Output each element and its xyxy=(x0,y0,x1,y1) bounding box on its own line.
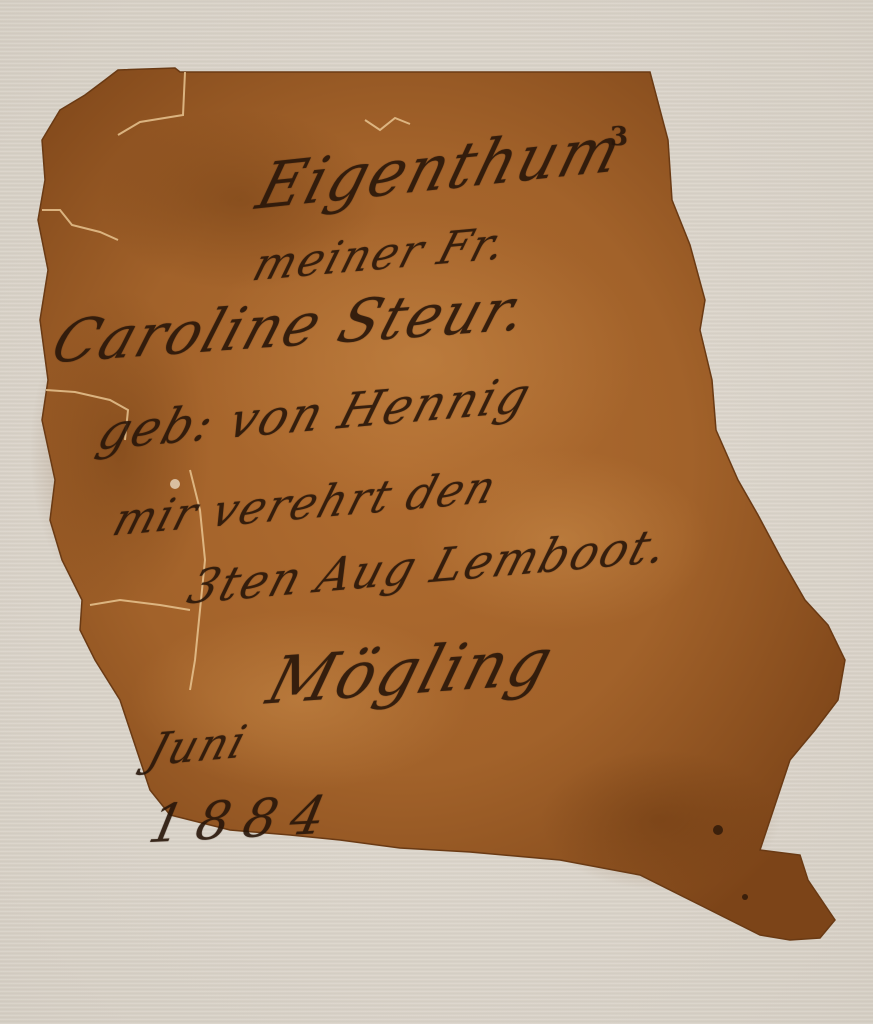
handwriting-line-month: Juni xyxy=(142,716,254,777)
mount-board: 3 Eigenthum meiner Fr. Caroline Steur. g… xyxy=(0,0,873,1024)
handwriting-line-year: 1884 xyxy=(144,785,345,856)
